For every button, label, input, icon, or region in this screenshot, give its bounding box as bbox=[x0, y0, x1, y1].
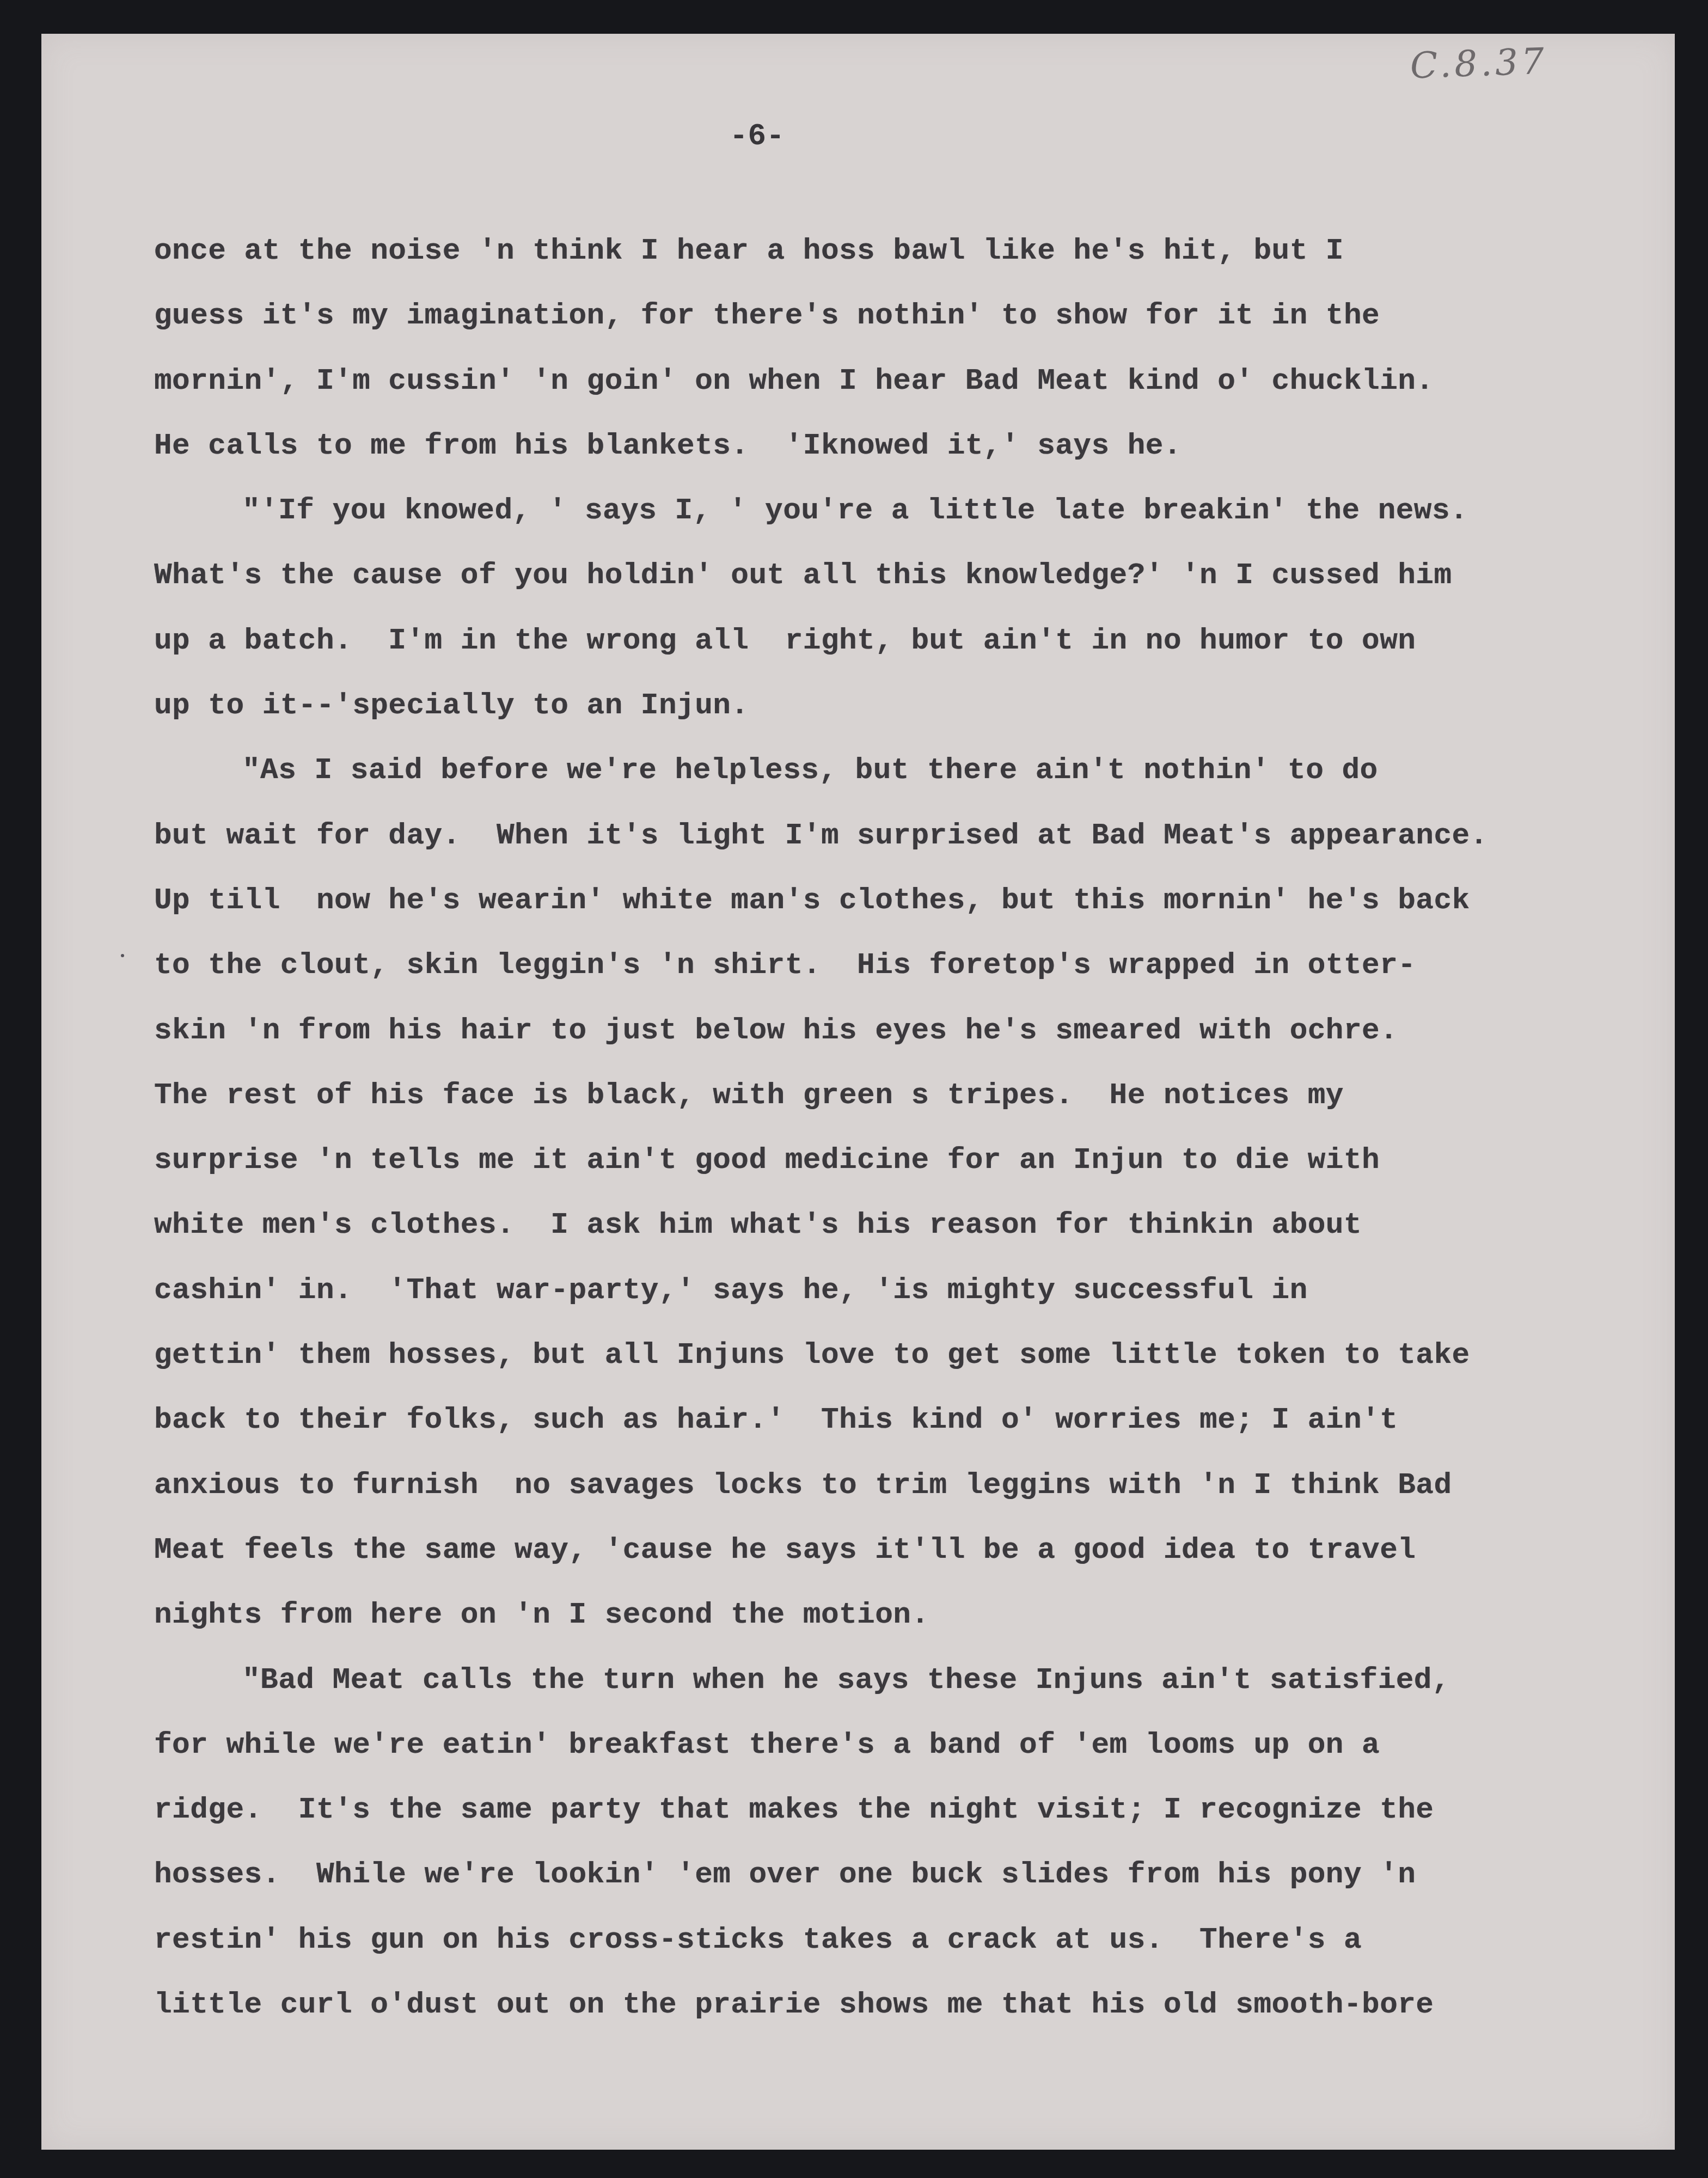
text-line: gettin' them hosses, but all Injuns love… bbox=[154, 1323, 1624, 1388]
text-line: for while we're eatin' breakfast there's… bbox=[154, 1713, 1624, 1778]
text-line: anxious to furnish no savages locks to t… bbox=[154, 1453, 1624, 1518]
body-text: once at the noise 'n think I hear a hoss… bbox=[154, 219, 1624, 2038]
text-line: back to their folks, such as hair.' This… bbox=[154, 1388, 1624, 1453]
text-line: hosses. While we're lookin' 'em over one… bbox=[154, 1843, 1624, 1907]
paper-speck bbox=[121, 954, 124, 957]
handwritten-catalog-annotation: C.8.37 bbox=[1410, 40, 1548, 87]
page-number: -6- bbox=[730, 119, 785, 154]
text-line: to the clout, skin leggin's 'n shirt. Hi… bbox=[154, 933, 1624, 998]
text-line: "As I said before we're helpless, but th… bbox=[154, 738, 1624, 803]
text-line: The rest of his face is black, with gree… bbox=[154, 1063, 1624, 1128]
text-line: white men's clothes. I ask him what's hi… bbox=[154, 1193, 1624, 1258]
text-line: but wait for day. When it's light I'm su… bbox=[154, 804, 1624, 868]
text-line: What's the cause of you holdin' out all … bbox=[154, 543, 1624, 608]
text-line: Up till now he's wearin' white man's clo… bbox=[154, 868, 1624, 933]
text-line: restin' his gun on his cross-sticks take… bbox=[154, 1908, 1624, 1973]
text-line: up a batch. I'm in the wrong all right, … bbox=[154, 609, 1624, 674]
text-line: "Bad Meat calls the turn when he says th… bbox=[154, 1648, 1624, 1713]
text-line: up to it--'specially to an Injun. bbox=[154, 674, 1624, 738]
text-line: "'If you knowed, ' says I, ' you're a li… bbox=[154, 479, 1624, 543]
text-line: little curl o'dust out on the prairie sh… bbox=[154, 1973, 1624, 2038]
text-line: skin 'n from his hair to just below his … bbox=[154, 999, 1624, 1063]
text-line: guess it's my imagination, for there's n… bbox=[154, 284, 1624, 348]
text-line: nights from here on 'n I second the moti… bbox=[154, 1583, 1624, 1648]
text-line: mornin', I'm cussin' 'n goin' on when I … bbox=[154, 349, 1624, 414]
text-line: ridge. It's the same party that makes th… bbox=[154, 1778, 1624, 1843]
text-line: surprise 'n tells me it ain't good medic… bbox=[154, 1128, 1624, 1193]
text-line: Meat feels the same way, 'cause he says … bbox=[154, 1518, 1624, 1583]
text-line: once at the noise 'n think I hear a hoss… bbox=[154, 219, 1624, 284]
text-line: He calls to me from his blankets. 'Iknow… bbox=[154, 414, 1624, 479]
text-line: cashin' in. 'That war-party,' says he, '… bbox=[154, 1258, 1624, 1323]
